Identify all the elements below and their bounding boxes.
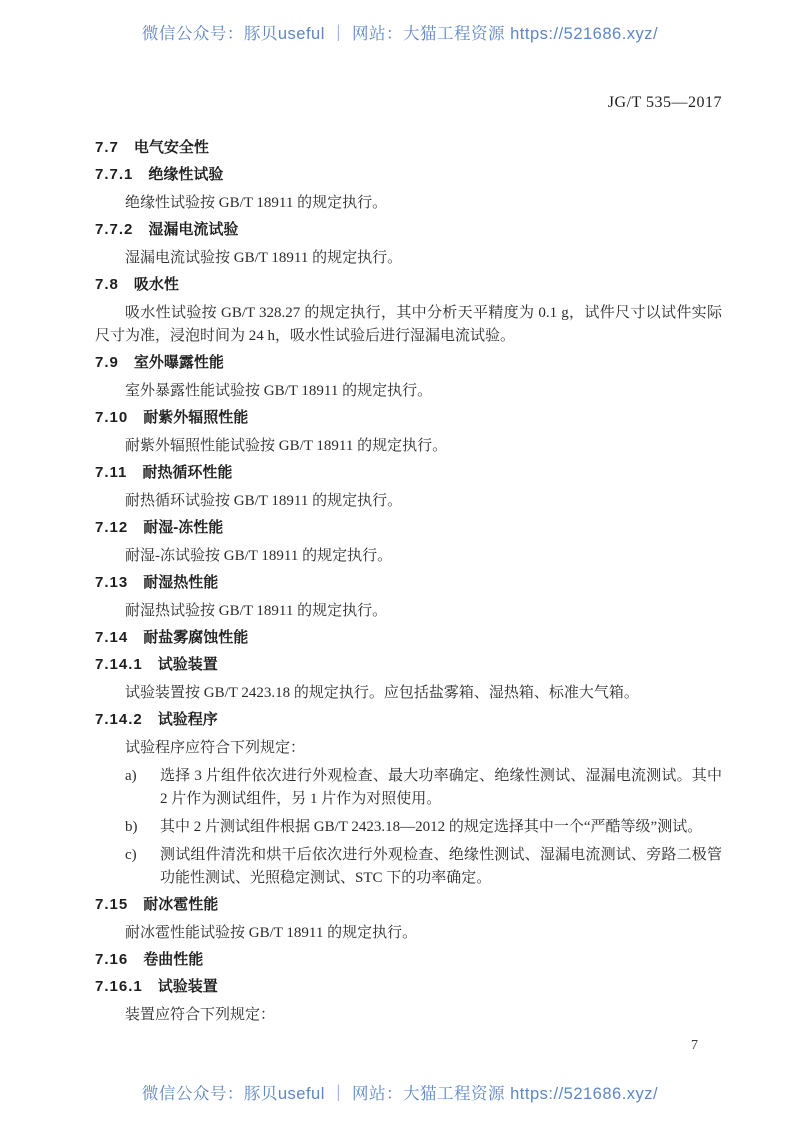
heading-7-9: 7.9室外曝露性能 [95,353,722,372]
heading-title: 耐盐雾腐蚀性能 [143,629,248,646]
heading-7-15: 7.15耐冰雹性能 [95,895,722,914]
heading-title: 试验程序 [158,711,218,728]
page-number: 7 [691,1038,698,1054]
heading-number: 7.16.1 [95,977,143,996]
heading-number: 7.7.1 [95,165,133,184]
document-page: 微信公众号：豚贝useful ｜ 网站：大猫工程资源 https://52168… [0,0,800,1131]
footer-watermark: 微信公众号：豚贝useful ｜ 网站：大猫工程资源 https://52168… [0,1080,800,1104]
heading-title: 耐紫外辐照性能 [143,409,248,426]
heading-number: 7.16 [95,950,128,969]
heading-number: 7.7.2 [95,220,133,239]
heading-title: 绝缘性试验 [148,166,223,183]
heading-title: 室外曝露性能 [134,354,224,371]
paragraph-7-7-2: 湿漏电流试验按 GB/T 18911 的规定执行。 [95,247,722,270]
list-item-text: 其中 2 片测试组件根据 GB/T 2423.18—2012 的规定选择其中一个… [160,816,722,839]
heading-7-7-2: 7.7.2湿漏电流试验 [95,220,722,239]
paragraph-7-14-2-intro: 试验程序应符合下列规定： [95,737,722,760]
heading-7-7-1: 7.7.1绝缘性试验 [95,165,722,184]
list-item-b: b) 其中 2 片测试组件根据 GB/T 2423.18—2012 的规定选择其… [95,816,722,839]
list-marker: c) [125,844,160,890]
paragraph-7-15: 耐冰雹性能试验按 GB/T 18911 的规定执行。 [95,922,722,945]
paragraph-7-13: 耐湿热试验按 GB/T 18911 的规定执行。 [95,600,722,623]
heading-number: 7.9 [95,353,119,372]
paragraph-7-12: 耐湿-冻试验按 GB/T 18911 的规定执行。 [95,545,722,568]
list-item-c: c) 测试组件清洗和烘干后依次进行外观检查、绝缘性测试、湿漏电流测试、旁路二极管… [95,844,722,890]
heading-number: 7.15 [95,895,128,914]
heading-title: 试验装置 [158,656,218,673]
list-marker: a) [125,765,160,811]
paragraph-7-14-1: 试验装置按 GB/T 2423.18 的规定执行。应包括盐雾箱、湿热箱、标准大气… [95,682,722,705]
heading-7-16: 7.16卷曲性能 [95,950,722,969]
heading-number: 7.14.2 [95,710,143,729]
paragraph-7-8: 吸水性试验按 GB/T 328.27 的规定执行，其中分析天平精度为 0.1 g… [95,302,722,348]
heading-title: 卷曲性能 [143,951,203,968]
heading-7-16-1: 7.16.1试验装置 [95,977,722,996]
list-item-text: 测试组件清洗和烘干后依次进行外观检查、绝缘性测试、湿漏电流测试、旁路二极管功能性… [160,844,722,890]
heading-number: 7.10 [95,408,128,427]
heading-7-14-1: 7.14.1试验装置 [95,655,722,674]
heading-title: 试验装置 [158,978,218,995]
heading-number: 7.7 [95,138,119,157]
heading-title: 电气安全性 [134,139,209,156]
heading-title: 吸水性 [134,276,179,293]
standard-number: JG/T 535—2017 [608,94,722,112]
list-item-text: 选择 3 片组件依次进行外观检查、最大功率确定、绝缘性测试、湿漏电流测试。其中 … [160,765,722,811]
paragraph-7-7-1: 绝缘性试验按 GB/T 18911 的规定执行。 [95,192,722,215]
heading-7-14-2: 7.14.2试验程序 [95,710,722,729]
heading-7-7: 7.7电气安全性 [95,138,722,157]
heading-number: 7.11 [95,463,127,482]
heading-title: 耐湿热性能 [143,574,218,591]
list-item-a: a) 选择 3 片组件依次进行外观检查、最大功率确定、绝缘性测试、湿漏电流测试。… [95,765,722,811]
heading-7-11: 7.11耐热循环性能 [95,463,722,482]
paragraph-7-16-1: 装置应符合下列规定： [95,1004,722,1027]
heading-number: 7.8 [95,275,119,294]
list-marker: b) [125,816,160,839]
heading-title: 耐热循环性能 [142,464,232,481]
heading-7-10: 7.10耐紫外辐照性能 [95,408,722,427]
heading-7-13: 7.13耐湿热性能 [95,573,722,592]
heading-title: 耐冰雹性能 [143,896,218,913]
document-content: 7.7电气安全性 7.7.1绝缘性试验 绝缘性试验按 GB/T 18911 的规… [95,136,722,1032]
heading-number: 7.14.1 [95,655,143,674]
paragraph-7-10: 耐紫外辐照性能试验按 GB/T 18911 的规定执行。 [95,435,722,458]
heading-title: 耐湿-冻性能 [143,519,223,536]
header-watermark: 微信公众号：豚贝useful ｜ 网站：大猫工程资源 https://52168… [0,20,800,44]
heading-7-8: 7.8吸水性 [95,275,722,294]
heading-number: 7.12 [95,518,128,537]
heading-7-14: 7.14耐盐雾腐蚀性能 [95,628,722,647]
heading-number: 7.13 [95,573,128,592]
paragraph-7-9: 室外暴露性能试验按 GB/T 18911 的规定执行。 [95,380,722,403]
heading-7-12: 7.12耐湿-冻性能 [95,518,722,537]
paragraph-7-11: 耐热循环试验按 GB/T 18911 的规定执行。 [95,490,722,513]
heading-title: 湿漏电流试验 [148,221,238,238]
heading-number: 7.14 [95,628,128,647]
